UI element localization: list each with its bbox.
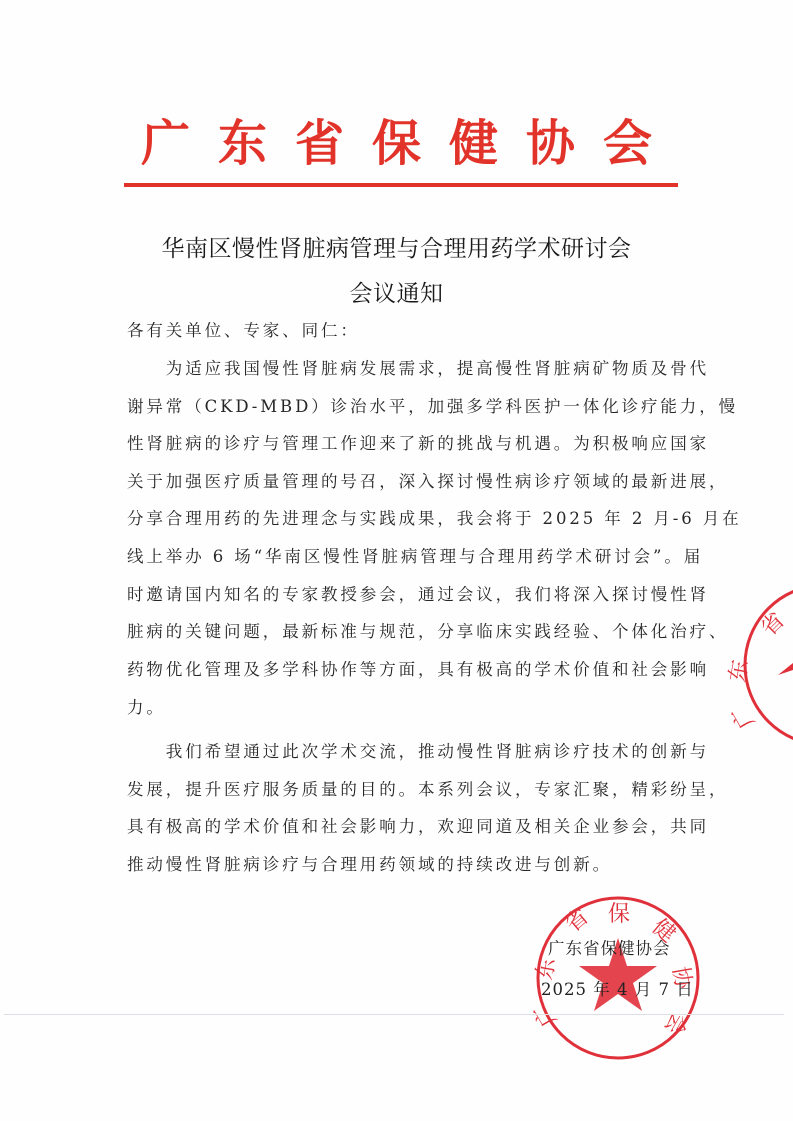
letterhead-org-name: 广东省保健协会 (0, 112, 793, 176)
svg-text:保: 保 (608, 902, 630, 927)
paragraph-line: 时邀请国内知名的专家教授参会，通过会议，我们将深入探讨慢性肾 (127, 581, 709, 605)
svg-text:广: 广 (728, 701, 761, 733)
paragraph-line: 谢异常（CKD-MBD）诊治水平，加强多学科医护一体化诊疗能力，慢 (127, 393, 738, 417)
paragraph-line: 我们希望通过此次学术交流，推动慢性肾脏病诊疗技术的创新与 (127, 738, 709, 762)
paragraph-line: 力。 (127, 694, 166, 718)
page-divider (4, 1014, 784, 1015)
salutation: 各有关单位、专家、同仁： (127, 317, 360, 341)
paragraph-line: 线上举办 6 场“华南区慢性肾脏病管理与合理用药学术研讨会”。届 (127, 543, 703, 567)
paragraph-line: 关于加强医疗质量管理的号召，深入探讨慢性病诊疗领域的最新进展， (127, 468, 728, 492)
letterhead-divider (124, 183, 678, 187)
paragraph-line: 药物优化管理及多学科协作等方面，具有极高的学术价值和社会影响 (127, 656, 709, 680)
signature-org: 广东省保健协会 (548, 935, 671, 959)
paragraph-line: 具有极高的学术价值和社会影响力，欢迎同道及相关企业参会，共同 (127, 813, 709, 837)
svg-text:省: 省 (561, 904, 594, 937)
svg-text:省: 省 (757, 608, 790, 641)
document-subtitle: 会议通知 (0, 275, 793, 308)
svg-text:东: 东 (725, 658, 753, 684)
signature-date: 2025 年 4 月 7 日 (541, 976, 694, 1000)
paragraph-line: 推动慢性肾脏病诊疗与合理用药领域的持续改进与创新。 (127, 851, 612, 875)
paragraph-line: 发展，提升医疗服务质量的目的。本系列会议，专家汇聚，精彩纷呈， (127, 776, 728, 800)
paragraph-line: 分享合理用药的先进理念与实践成果，我会将于 2025 年 2 月-6 月在 (127, 505, 742, 529)
paragraph-line: 脏病的关键问题，最新标准与规范，分享临床实践经验、个体化治疗、 (127, 618, 728, 642)
paragraph-line: 性肾脏病的诊疗与管理工作迎来了新的挑战与机遇。为积极响应国家 (127, 430, 709, 454)
paragraph-line: 为适应我国慢性肾脏病发展需求，提高慢性肾脏病矿物质及骨代 (127, 355, 709, 379)
svg-text:会: 会 (659, 1008, 692, 1040)
partial-seal-icon: 省 东 广 (700, 575, 793, 755)
document-title: 华南区慢性肾脏病管理与合理用药学术研讨会 (0, 230, 793, 263)
